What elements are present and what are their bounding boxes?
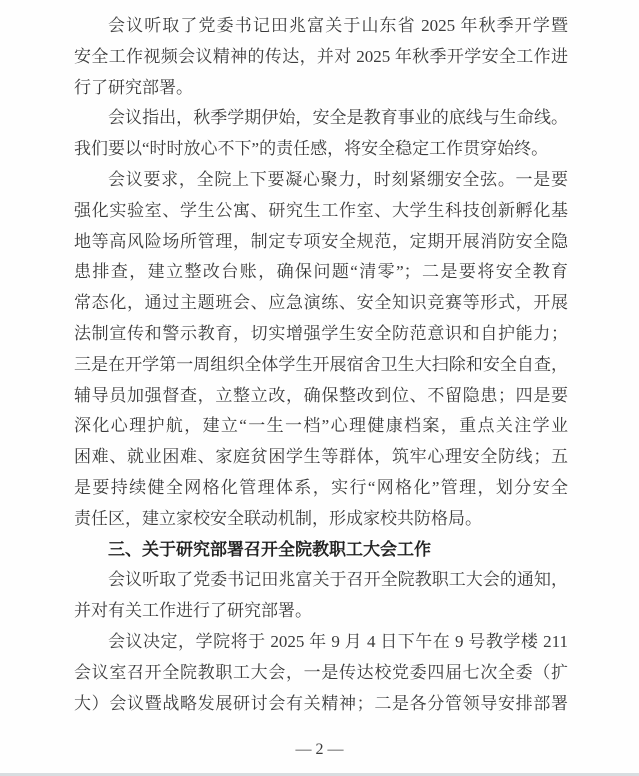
text-line: 强化实验室、学生公寓、研究生工作室、大学生科技创新孵化基 bbox=[74, 196, 568, 227]
text-line: 辅导员加强督查，立整立改，确保整改到位、不留隐患；四是要 bbox=[74, 381, 568, 412]
text-line: 地等高风险场所管理，制定专项安全规范，定期开展消防安全隐 bbox=[74, 227, 568, 258]
paragraph: 会议决定，学院将于 2025 年 9 月 4 日下午在 9 号教学楼 211会议… bbox=[74, 627, 568, 719]
text-line: 常态化，通过主题班会、应急演练、安全知识竞赛等形式，开展 bbox=[74, 288, 568, 319]
text-line: 三是在开学第一周组织全体学生开展宿舍卫生大扫除和安全自查， bbox=[74, 350, 568, 381]
document-body: 会议听取了党委书记田兆富关于山东省 2025 年秋季开学暨安全工作视频会议精神的… bbox=[74, 11, 568, 719]
text-line: 会议听取了党委书记田兆富关于山东省 2025 年秋季开学暨 bbox=[74, 11, 568, 42]
text-line: 责任区，建立家校安全联动机制，形成家校共防格局。 bbox=[74, 504, 568, 535]
text-line: 患排查，建立整改台账，确保问题“清零”；二是要将安全教育 bbox=[74, 257, 568, 288]
paragraph: 会议听取了党委书记田兆富关于召开全院教职工大会的通知，并对有关工作进行了研究部署… bbox=[74, 565, 568, 627]
text-line: 并对有关工作进行了研究部署。 bbox=[74, 596, 568, 627]
text-line: 会议室召开全院教职工大会，一是传达校党委四届七次全委（扩 bbox=[74, 658, 568, 689]
page-number: — 2 — bbox=[0, 740, 639, 760]
paragraph: 会议要求，全院上下要凝心聚力，时刻紧绷安全弦。一是要强化实验室、学生公寓、研究生… bbox=[74, 165, 568, 535]
text-line: 会议听取了党委书记田兆富关于召开全院教职工大会的通知， bbox=[74, 565, 568, 596]
section-heading: 三、关于研究部署召开全院教职工大会工作 bbox=[74, 535, 568, 566]
text-line: 大）会议暨战略发展研讨会有关精神；二是各分管领导安排部署 bbox=[74, 689, 568, 720]
text-line: 深化心理护航，建立“一生一档”心理健康档案，重点关注学业 bbox=[74, 411, 568, 442]
text-line: 会议指出，秋季学期伊始，安全是教育事业的底线与生命线。 bbox=[74, 103, 568, 134]
document-page: 会议听取了党委书记田兆富关于山东省 2025 年秋季开学暨安全工作视频会议精神的… bbox=[0, 0, 639, 776]
paragraph: 会议指出，秋季学期伊始，安全是教育事业的底线与生命线。我们要以“时时放心不下”的… bbox=[74, 103, 568, 165]
text-line: 安全工作视频会议精神的传达，并对 2025 年秋季开学安全工作进 bbox=[74, 42, 568, 73]
text-line: 行了研究部署。 bbox=[74, 73, 568, 104]
text-line: 困难、就业困难、家庭贫困学生等群体，筑牢心理安全防线；五 bbox=[74, 442, 568, 473]
text-line: 会议决定，学院将于 2025 年 9 月 4 日下午在 9 号教学楼 211 bbox=[74, 627, 568, 658]
text-line: 法制宣传和警示教育，切实增强学生安全防范意识和自护能力； bbox=[74, 319, 568, 350]
paragraph: 会议听取了党委书记田兆富关于山东省 2025 年秋季开学暨安全工作视频会议精神的… bbox=[74, 11, 568, 103]
text-line: 我们要以“时时放心不下”的责任感，将安全稳定工作贯穿始终。 bbox=[74, 134, 568, 165]
text-line: 是要持续健全网格化管理体系，实行“网格化”管理，划分安全 bbox=[74, 473, 568, 504]
text-line: 三、关于研究部署召开全院教职工大会工作 bbox=[74, 535, 568, 566]
text-line: 会议要求，全院上下要凝心聚力，时刻紧绷安全弦。一是要 bbox=[74, 165, 568, 196]
